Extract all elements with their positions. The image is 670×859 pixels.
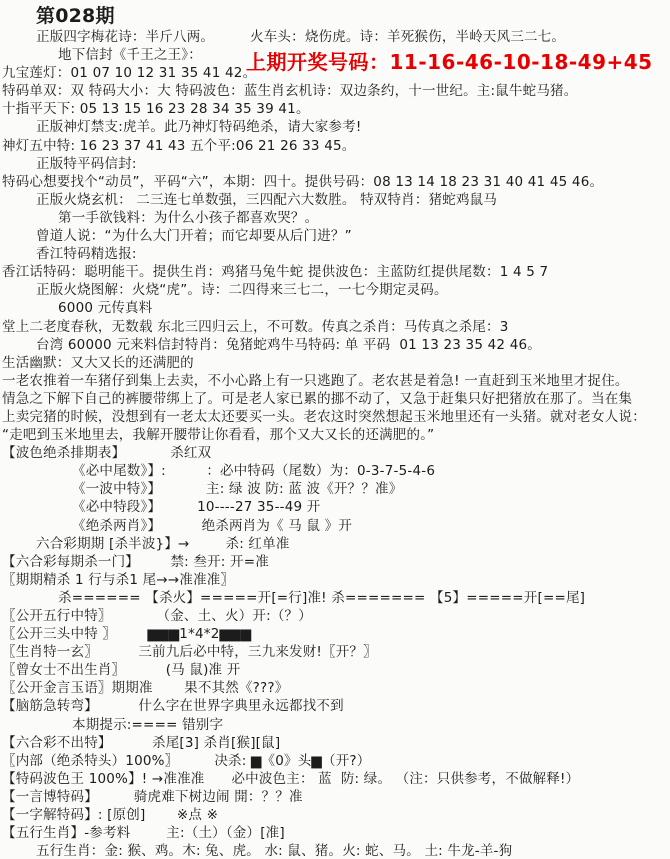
text-line: 一老农推着一车猪仔到集上去卖，不小心路上有一只逃跑了。老农甚是着急! 一直赶到玉… (0, 372, 670, 390)
text-line: 【脑筋急转弯】 什么字在世界字典里永远都找不到 (0, 697, 670, 715)
text-line: 本期提示:==== 错别字 (0, 716, 670, 734)
text-line: 生活幽默：又大又长的还满肥的 (0, 354, 670, 372)
text-line: 【五行生肖】-参考料 主:（土）（金）[准] (0, 824, 670, 842)
text-line: 杀====== 【杀火】=====开[=行]准! 杀======= 【5】===… (0, 589, 670, 607)
text-line: 特码心想要找个“动员”，平码“六”，本期：四十。提供号码：08 13 14 18… (0, 173, 670, 191)
tip-sheet-lines: 第028期正版四字梅花诗：半斤八两。 火车头：烧伤虎。诗：羊死猴伤，半岭天风三二… (0, 0, 670, 859)
text-line: 正版特平码信封: (0, 155, 670, 173)
text-line: 六合彩期期 [杀半波}】→ 杀: 红单准 (0, 535, 670, 553)
text-line: 《必中特段》】 10----27 35--49 开 (0, 498, 670, 516)
text-line: 【一言博特码】 骑虎难下树边闹 開：？？准 (0, 788, 670, 806)
text-line: 香江特码精选报: (0, 245, 670, 263)
text-line: 第一手欲钱料：为什么小孩子都喜欢哭？。 (0, 209, 670, 227)
text-line: 〖内部（绝杀特头）100%〗 决杀: ▆《0》头▆（开?） (0, 752, 670, 770)
issue-title: 第028期 (0, 4, 670, 28)
text-line: 【特码波色王 100%】! →准准准 必中波色主： 蓝 防: 绿。 （注：只供参… (0, 770, 670, 788)
text-line: 〖期期精杀 1 行与杀1 尾→→准准准〗 (0, 571, 670, 589)
text-line: 〖公开五行中特〗 （金、土、火）开:（？） (0, 607, 670, 625)
text-line: 【一字解特码】: [原创] ※点 ※ (0, 806, 670, 824)
text-line: 正版四字梅花诗：半斤八两。 火车头：烧伤虎。诗：羊死猴伤，半岭天风三二七。 (0, 28, 670, 46)
text-line: 〖生肖特一玄〗 三前九后必中特，三九来发财!〖开？〗 (0, 643, 670, 661)
text-line: 五行生肖：金: 猴、鸡。木: 兔、虎。 水: 鼠、猪。火: 蛇、马。 土: 牛龙… (0, 842, 670, 859)
text-line: 〖公开三头中特 〗 ▆▆▆1*4*2▆▆▆ (0, 625, 670, 643)
text-line: 正版火烧图解：火烧“虎”。诗：二四得来三七二，一七今期定灵码。 (0, 281, 670, 299)
text-line: 〖公开金言玉语〗期期准 果不其然《???》 (0, 679, 670, 697)
text-line: 〖曾女士不出生肖〗 (马 鼠)准 开 (0, 661, 670, 679)
text-line: 正版火烧玄机： 二三连七单数强，三四配六大数胜。 特双特肖：猪蛇鸡鼠马 (0, 191, 670, 209)
text-line: 神灯五中特: 16 23 37 41 43 五个平:06 21 26 33 45… (0, 137, 670, 155)
text-line: 特码单双：双 特码大小：大 特码波色：蓝生肖玄机诗：双边条约，十一世纪。主:鼠牛… (0, 82, 670, 100)
text-line: 堂上二老度春秋，无数载 东北三四归云上，不可数。传真之杀肖：马传真之杀尾：3 (0, 318, 670, 336)
tip-sheet-page: { "header": { "issue": "第028期", "last_dr… (0, 0, 670, 859)
text-line: 十指平天下: 05 13 15 16 23 28 34 35 39 41。 (0, 100, 670, 118)
text-line: 《绝杀两肖》】 绝杀两肖为《 马 鼠 》开 (0, 517, 670, 535)
text-line: 《必中尾数》】: ：必中特码（尾数）为：0-3-7-5-4-6 (0, 462, 670, 480)
text-line: 【六合彩不出特】 杀尾[3] 杀肖[猴][鼠] (0, 734, 670, 752)
text-line: 香江话特码：聪明能干。提供生肖：鸡猪马兔牛蛇 提供波色：主蓝防红提供尾数：1 4… (0, 263, 670, 281)
text-line: 6000 元传真料 (0, 299, 670, 317)
text-line: “走吧到玉米地里去，我解开腰带让你看看，那个又大又长的还满肥的。” (0, 426, 670, 444)
text-line: 情急之下解下自己的裤腰带绑上了。可是老人家已累的挪不动了，又急于赶集只好把猪放在… (0, 390, 670, 408)
text-line: 【六合彩每期杀一门】 禁: 叁开: 开=准 (0, 553, 670, 571)
text-line: 《一波中特》】 主: 绿 波 防: 蓝 波《开？？准》 (0, 480, 670, 498)
text-line: 台湾 60000 元来料信封特肖：兔猪蛇鸡牛马特码: 单 平码 01 13 23… (0, 336, 670, 354)
text-line: 正版神灯禁支:虎羊。此乃神灯特码绝杀，请大家参考! (0, 118, 670, 136)
text-line: 上卖完猪的时候，没想到有一老太太还要买一头。老农这时突然想起玉米地里还有一头猪。… (0, 408, 670, 426)
last-draw-numbers: 上期开奖号码：11-16-46-10-18-49+45 (246, 46, 653, 75)
text-line: 曾道人说：“为什么大门开着；而它却要从后门进？” (0, 227, 670, 245)
text-line: 【波色绝杀排期表】 杀红双 (0, 444, 670, 462)
